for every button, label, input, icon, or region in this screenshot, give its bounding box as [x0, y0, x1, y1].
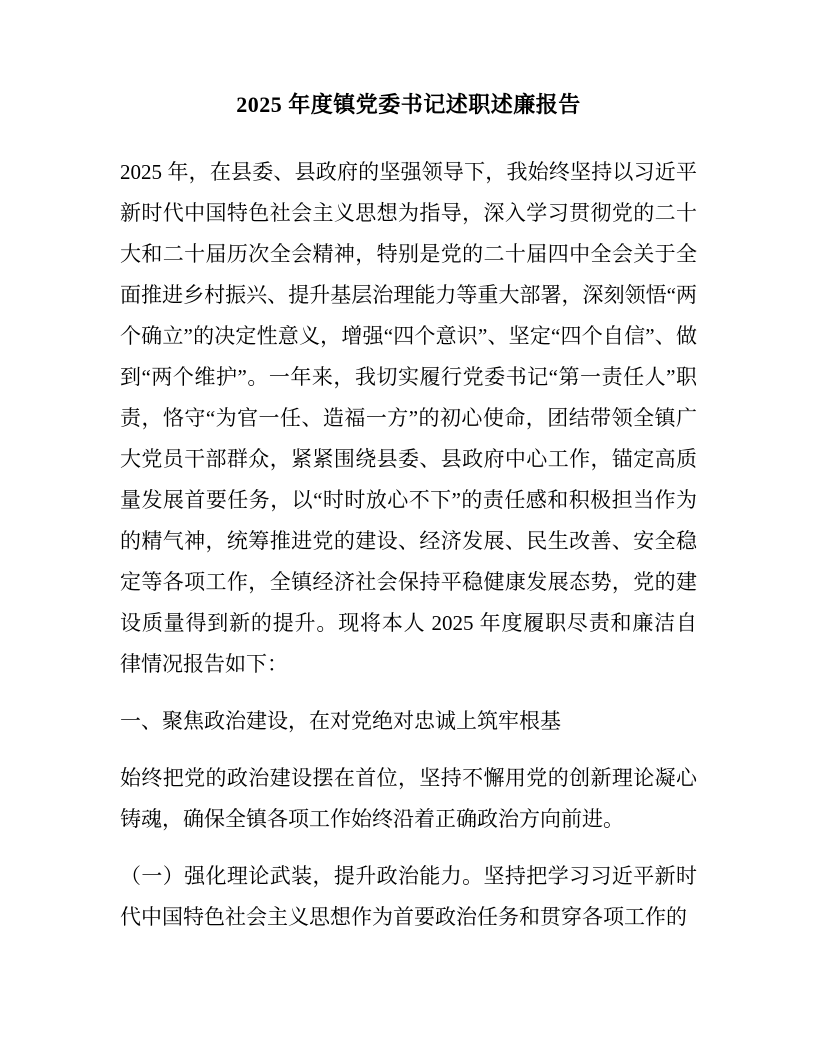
paragraph-section-1-lead: 始终把党的政治建设摆在首位，坚持不懈用党的创新理论凝心铸魂，确保全镇各项工作始终… [120, 758, 697, 840]
paragraph-intro: 2025 年，在县委、县政府的坚强领导下，我始终坚持以习近平新时代中国特色社会主… [120, 152, 697, 685]
document-title: 2025 年度镇党委书记述职述廉报告 [120, 88, 697, 121]
paragraph-subsection-1-1: （一）强化理论武装，提升政治能力。坚持把学习习近平新时代中国特色社会主义思想作为… [120, 856, 697, 938]
section-heading-1: 一、聚焦政治建设，在对党绝对忠诚上筑牢根基 [120, 701, 697, 742]
document-page: 2025 年度镇党委书记述职述廉报告 2025 年，在县委、县政府的坚强领导下，… [0, 0, 816, 1056]
